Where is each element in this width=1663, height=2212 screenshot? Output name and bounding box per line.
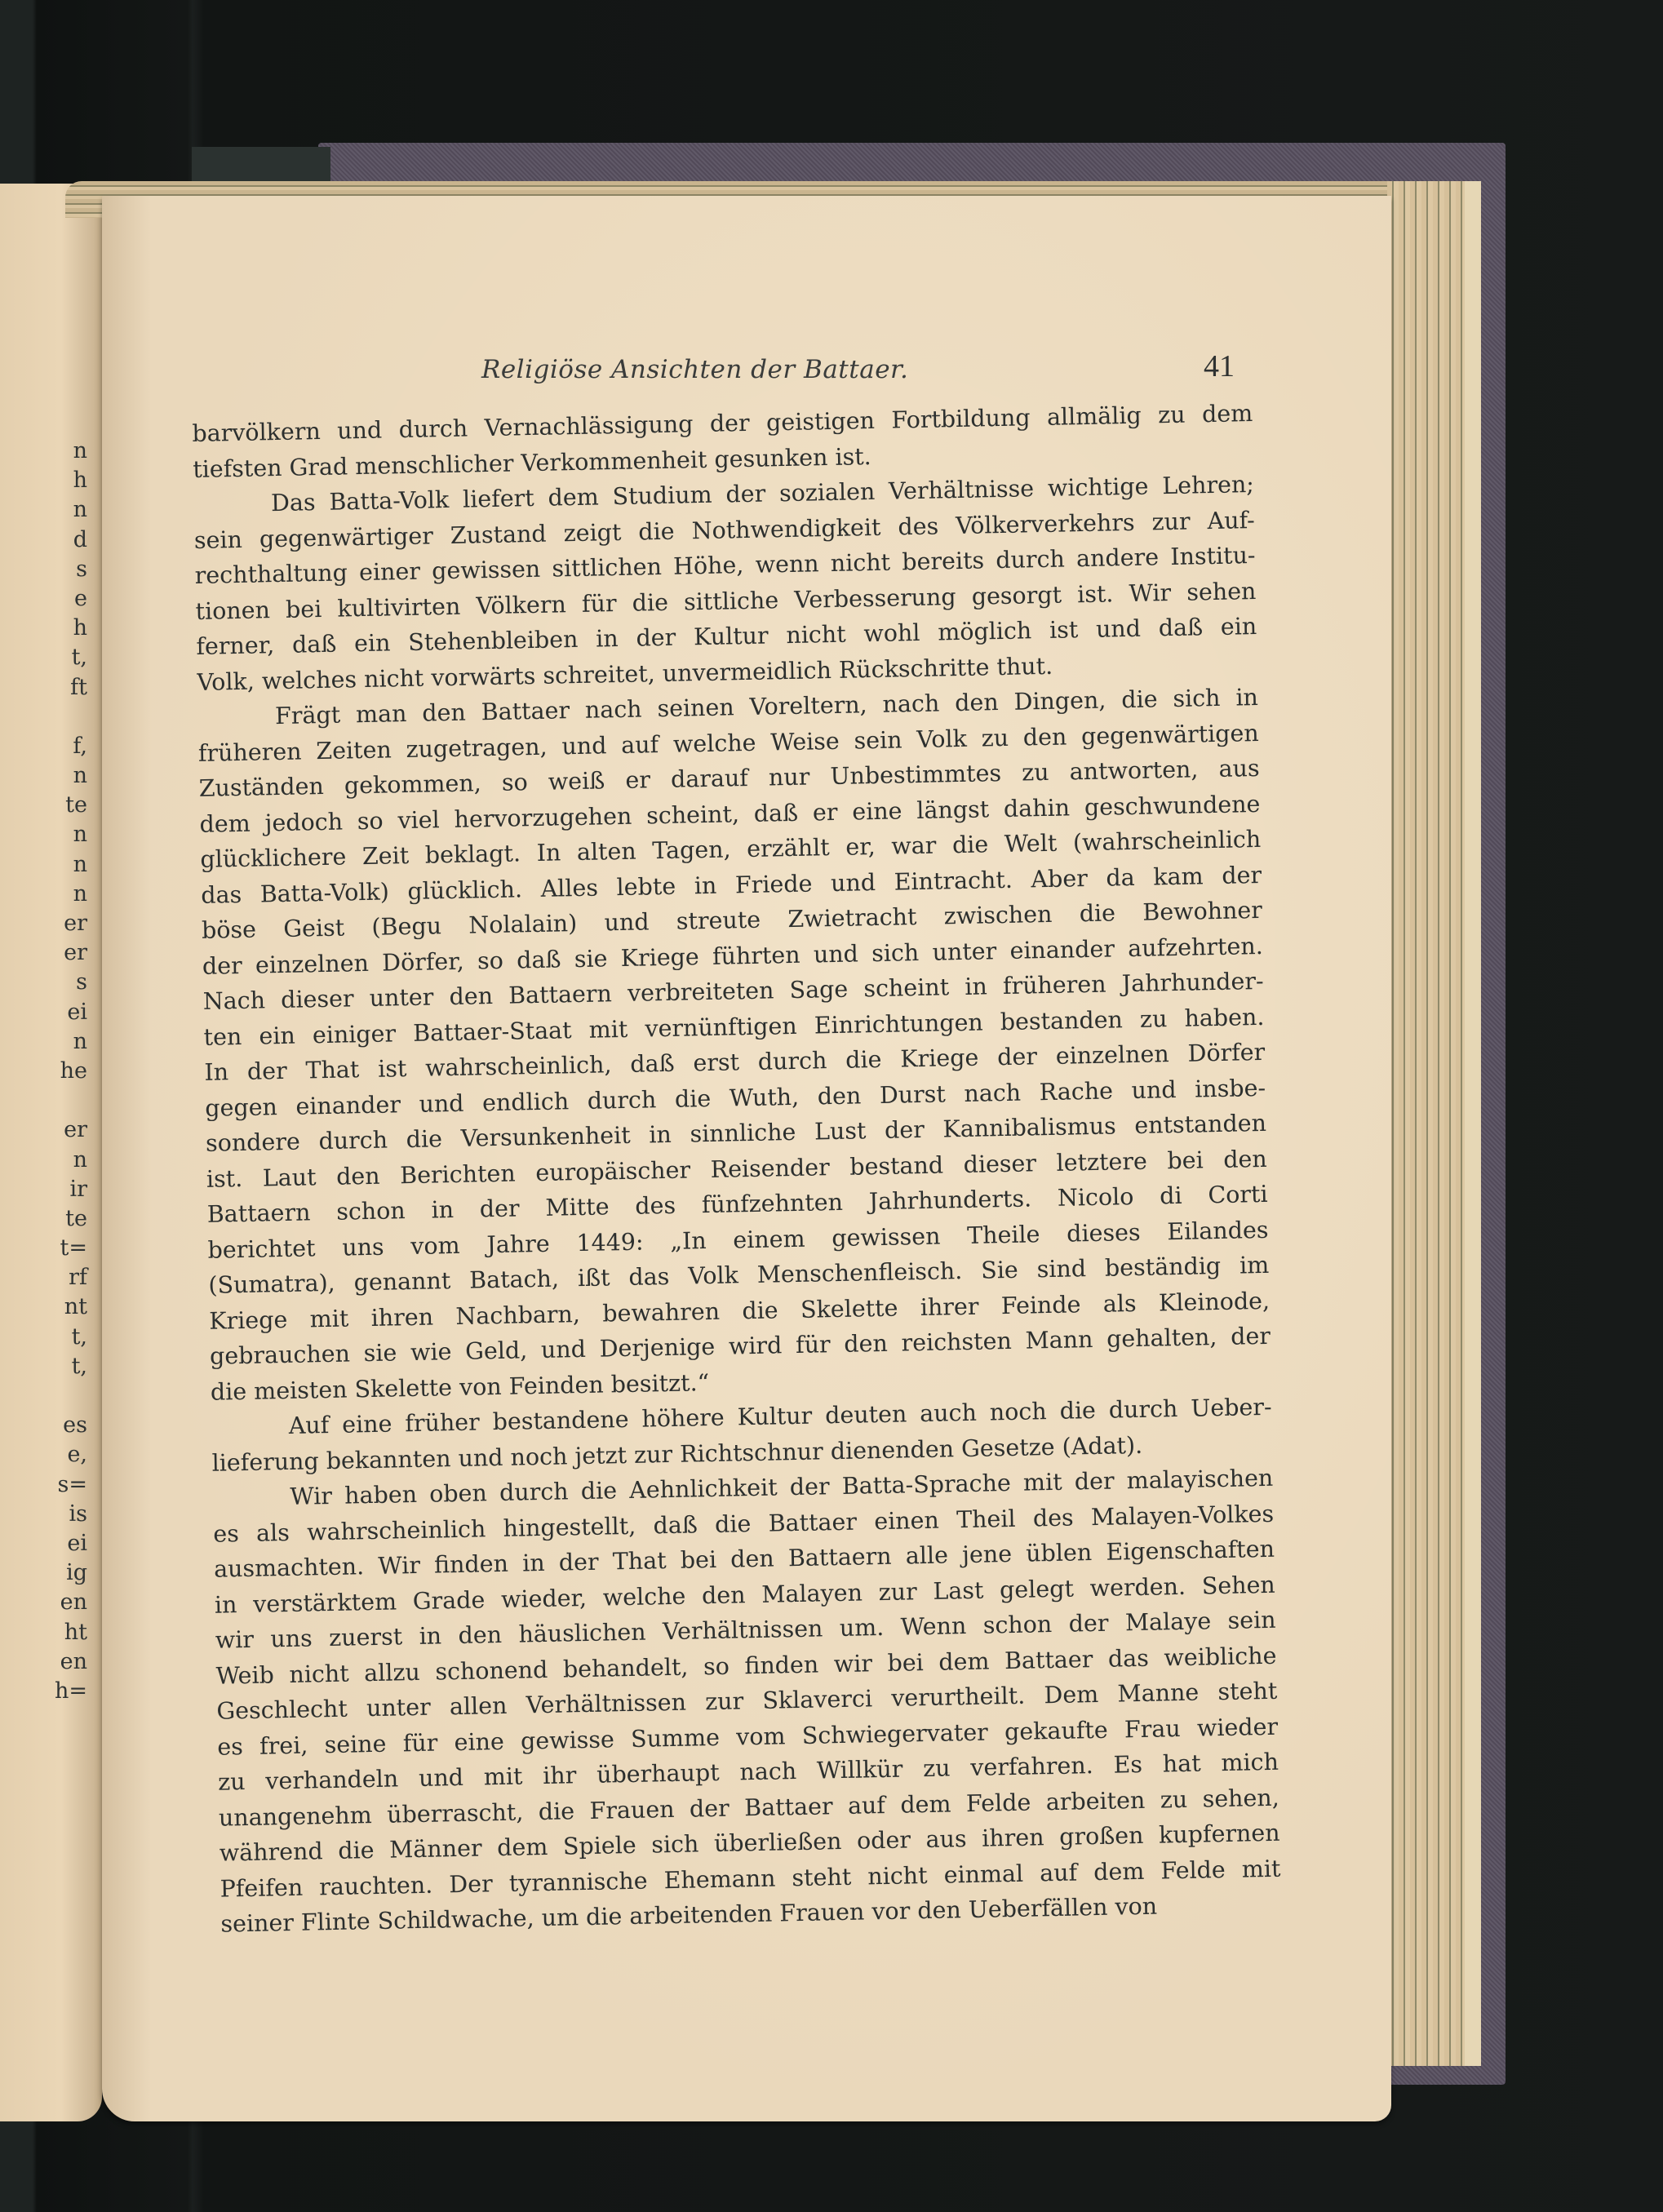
- book-page: Religiöse Ansichten der Battaer. 41 barv…: [102, 196, 1391, 2121]
- left-page-fragment: er: [6, 1115, 87, 1145]
- left-page-fragment: te: [6, 1204, 87, 1234]
- left-page-fragment: n: [6, 880, 87, 909]
- left-page-fragment: ir: [6, 1175, 87, 1204]
- left-page-fragment: en: [6, 1588, 87, 1617]
- paragraph: Wir haben oben durch die Aehnlichkeit de…: [212, 1461, 1282, 1942]
- left-page-fragment: [6, 703, 87, 732]
- left-page-fragment: n: [6, 495, 87, 525]
- left-page-fragment: n: [6, 850, 87, 880]
- left-page-fragment: ei: [6, 998, 87, 1027]
- left-page-fragment: ei: [6, 1529, 87, 1558]
- page-number: 41: [1204, 348, 1235, 384]
- left-page-fragment: er: [6, 909, 87, 938]
- left-page-fragment: s=: [6, 1470, 87, 1500]
- left-page-fragment: en: [6, 1647, 87, 1677]
- left-page-fragment: ft: [6, 673, 87, 703]
- left-page-fragment: h=: [6, 1677, 87, 1706]
- left-page-fragment: te: [6, 791, 87, 820]
- left-page-fragment: t=: [6, 1234, 87, 1263]
- left-page-fragment: ht: [6, 1618, 87, 1647]
- left-page-fragment: s: [6, 555, 87, 584]
- left-page-fragment: h: [6, 614, 87, 643]
- paragraph: Frägt man den Battaer nach seinen Vorelt…: [197, 680, 1271, 1410]
- page-stack-right-edge: [1387, 181, 1481, 2066]
- left-page-edge: nhndseht,ftf,ntennnererseinheernirtet=rf…: [0, 184, 102, 2121]
- left-page-fragment: is: [6, 1500, 87, 1529]
- page-fore-edge: [1465, 181, 1481, 2066]
- paragraph: Das Batta-Volk liefert dem Studium der s…: [193, 467, 1258, 700]
- left-page-fragment: ig: [6, 1558, 87, 1588]
- left-page-fragment: rf: [6, 1263, 87, 1292]
- left-page-fragment: f,: [6, 732, 87, 761]
- left-page-fragment: [6, 1086, 87, 1115]
- left-page-fragment: e: [6, 584, 87, 614]
- left-page-fragment: [6, 1381, 87, 1411]
- left-page-fragment: t,: [6, 1352, 87, 1381]
- left-page-fragment: n: [6, 1146, 87, 1175]
- left-page-fragment: n: [6, 437, 87, 466]
- left-page-fragment: d: [6, 525, 87, 555]
- left-page-fragment: s: [6, 968, 87, 997]
- left-page-fragment: t,: [6, 643, 87, 672]
- left-page-fragment: he: [6, 1057, 87, 1086]
- left-page-fragment: es: [6, 1411, 87, 1440]
- left-page-fragment: e,: [6, 1440, 87, 1469]
- left-page-fragment: h: [6, 466, 87, 495]
- left-page-fragment: n: [6, 1027, 87, 1057]
- left-page-fragment: n: [6, 761, 87, 791]
- left-page-fragment: t,: [6, 1323, 87, 1352]
- running-title: Religiöse Ansichten der Battaer.: [481, 355, 908, 384]
- left-page-fragment: n: [6, 820, 87, 849]
- running-head: Religiöse Ansichten der Battaer. 41: [102, 355, 1391, 396]
- left-page-fragment: nt: [6, 1292, 87, 1322]
- body-text: barvölkern und durch Vernachlässigung de…: [192, 396, 1282, 1942]
- left-page-text-fragments: nhndseht,ftf,ntennnererseinheernirtet=rf…: [6, 437, 87, 1706]
- left-page-fragment: er: [6, 938, 87, 968]
